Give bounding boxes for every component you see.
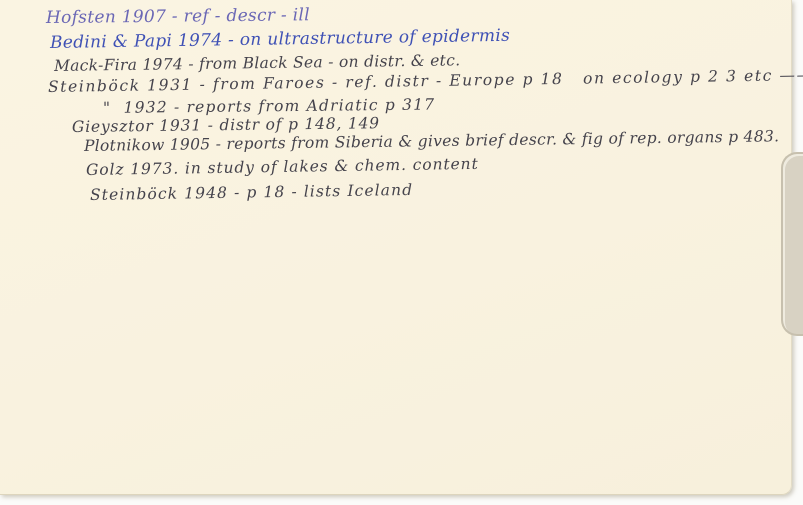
- scanned-page-background: Hofsten 1907 - ref - descr - ill Bedini …: [0, 0, 803, 505]
- handwritten-line-steinbock-1948: Steinböck 1948 - p 18 - lists Iceland: [90, 181, 413, 204]
- handwritten-line-bedini-papi-1974: Bedini & Papi 1974 - on ultrastructure o…: [50, 26, 510, 53]
- handwritten-line-steinbock-1932: " 1932 - reports from Adriatic p 317: [103, 96, 436, 117]
- handwritten-line-mack-fira-1974: Mack-Fira 1974 - from Black Sea - on dis…: [54, 51, 461, 75]
- handwritten-line-hofsten-1907: Hofsten 1907 - ref - descr - ill: [46, 5, 310, 28]
- card-tab-behind: [781, 152, 803, 336]
- index-card: Hofsten 1907 - ref - descr - ill Bedini …: [0, 0, 792, 495]
- handwritten-line-golz-1973: Golz 1973. in study of lakes & chem. con…: [86, 155, 479, 179]
